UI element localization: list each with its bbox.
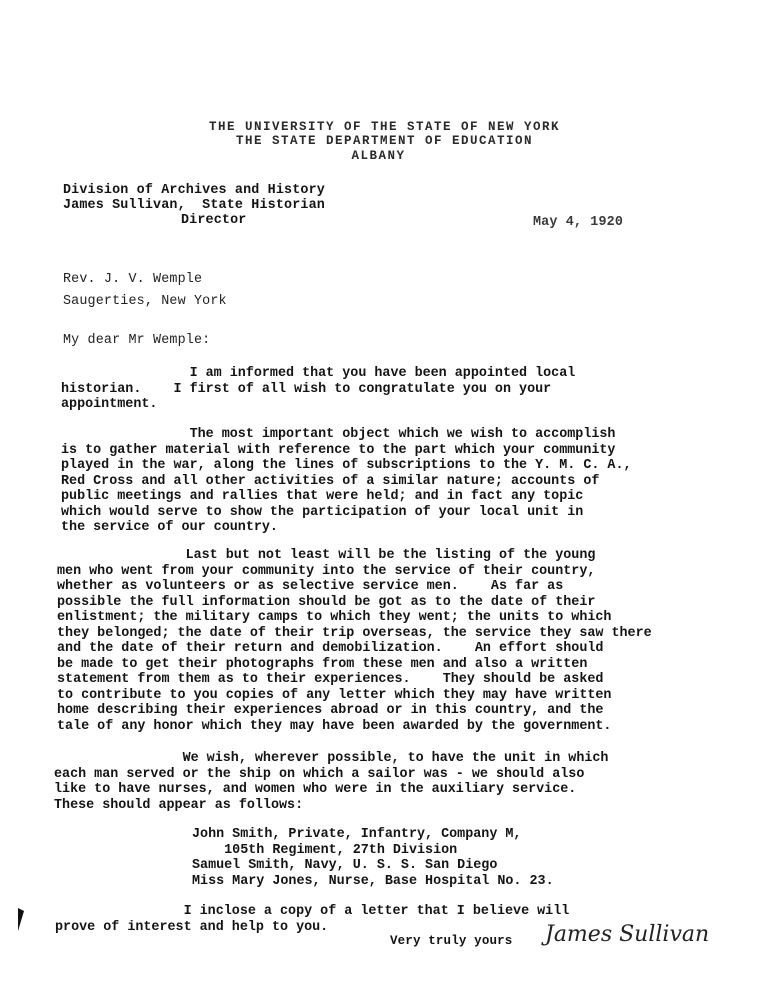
example-listing: John Smith, Private, Infantry, Company M…	[192, 827, 554, 889]
paragraph-line: home describing their experiences abroad…	[57, 703, 652, 719]
letterhead-city: ALBANY	[0, 150, 763, 164]
paragraph-line: to contribute to you copies of any lette…	[57, 688, 652, 704]
letter-date: May 4, 1920	[533, 215, 623, 231]
recipient-name: Rev. J. V. Wemple	[63, 272, 202, 288]
paragraph-line: public meetings and rallies that were he…	[61, 489, 632, 505]
paragraph-objective: The most important object which we wish …	[61, 427, 632, 536]
example-entry: Samuel Smith, Navy, U. S. S. San Diego	[192, 858, 554, 874]
paragraph-line: be made to get their photographs from th…	[57, 657, 652, 673]
paragraph-line: I inclose a copy of a letter that I beli…	[55, 904, 569, 920]
closing-phrase: Very truly yours	[390, 934, 512, 950]
example-entry: 105th Regiment, 27th Division	[192, 843, 554, 859]
paragraph-line: These should appear as follows:	[54, 798, 608, 814]
paragraph-line: enlistment; the military camps to which …	[57, 610, 652, 626]
paragraph-line: The most important object which we wish …	[61, 427, 632, 443]
signature: James Sullivan	[545, 922, 709, 947]
paragraph-line: Red Cross and all other activities of a …	[61, 474, 632, 490]
paragraph-appointment: I am informed that you have been appoint…	[61, 366, 575, 413]
paragraph-line: prove of interest and help to you.	[55, 920, 569, 936]
paragraph-line: Last but not least will be the listing o…	[57, 548, 652, 564]
paragraph-line: played in the war, along the lines of su…	[61, 458, 632, 474]
paragraph-line: statement from them as to their experien…	[57, 672, 652, 688]
sender-division: Division of Archives and History	[63, 183, 325, 199]
paragraph-line: and the date of their return and demobil…	[57, 641, 652, 657]
paragraph-line: is to gather material with reference to …	[61, 443, 632, 459]
margin-mark	[18, 908, 24, 931]
paragraph-line: which would serve to show the participat…	[61, 505, 632, 521]
recipient-address: Saugerties, New York	[63, 294, 227, 310]
paragraph-line: each man served or the ship on which a s…	[54, 767, 608, 783]
paragraph-line: We wish, wherever possible, to have the …	[54, 751, 608, 767]
example-entry: Miss Mary Jones, Nurse, Base Hospital No…	[192, 874, 554, 890]
paragraph-line: possible the full information should be …	[57, 595, 652, 611]
paragraph-enclosure: I inclose a copy of a letter that I beli…	[55, 904, 569, 935]
paragraph-line: they belonged; the date of their trip ov…	[57, 626, 652, 642]
salutation: My dear Mr Wemple:	[63, 333, 210, 349]
paragraph-line: tale of any honor which they may have be…	[57, 719, 652, 735]
sender-role: Director	[181, 213, 247, 229]
paragraph-line: like to have nurses, and women who were …	[54, 782, 608, 798]
paragraph-line: appointment.	[61, 397, 575, 413]
paragraph-line: men who went from your community into th…	[57, 564, 652, 580]
example-entry: John Smith, Private, Infantry, Company M…	[192, 827, 554, 843]
paragraph-line: the service of our country.	[61, 520, 632, 536]
paragraph-line: historian. I first of all wish to congra…	[61, 382, 575, 398]
paragraph-units-request: We wish, wherever possible, to have the …	[54, 751, 608, 813]
paragraph-line: whether as volunteers or as selective se…	[57, 579, 652, 595]
paragraph-service-listing: Last but not least will be the listing o…	[57, 548, 652, 734]
letterhead-university: THE UNIVERSITY OF THE STATE OF NEW YORK	[0, 121, 769, 135]
sender-name-title: James Sullivan, State Historian	[63, 198, 325, 214]
letterhead-department: THE STATE DEPARTMENT OF EDUCATION	[0, 135, 769, 149]
paragraph-line: I am informed that you have been appoint…	[61, 366, 575, 382]
